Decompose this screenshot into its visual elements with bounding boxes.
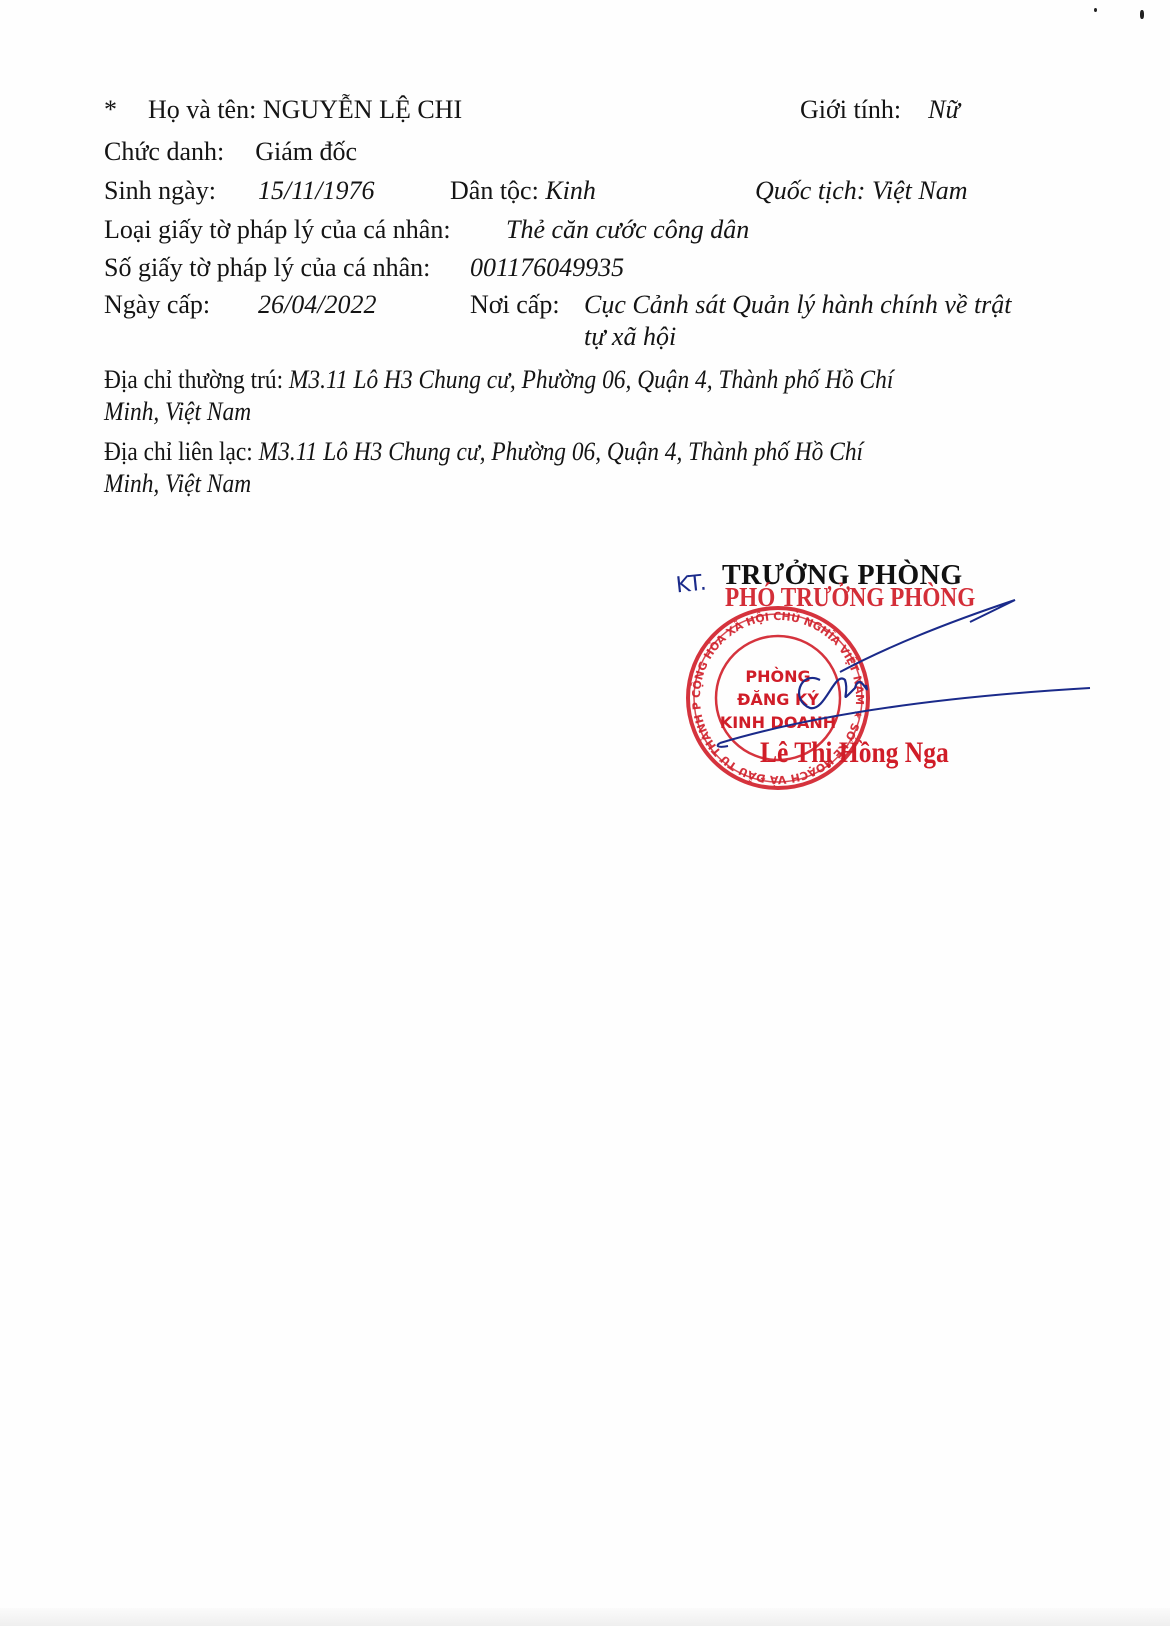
id-type-row: Loại giấy tờ pháp lý của cá nhân: (104, 214, 451, 246)
name-label: Họ và tên: (148, 95, 256, 124)
issue-place-value-line2: tự xã hội (584, 321, 676, 353)
gender-label: Giới tính: (800, 95, 901, 124)
svg-text:KINH DOANH: KINH DOANH (720, 713, 836, 732)
gender-value: Nữ (928, 95, 960, 124)
id-type-value: Thẻ căn cước công dân (506, 214, 749, 246)
scan-edge (0, 1608, 1170, 1626)
contact-address-label: Địa chỉ liên lạc: (104, 437, 253, 466)
name-row: * Họ và tên: NGUYỄN LỆ CHI (104, 94, 462, 126)
dob-label: Sinh ngày: (104, 176, 216, 205)
ethnicity-field: Dân tộc: Kinh (450, 175, 596, 207)
contact-address-row: Địa chỉ liên lạc: M3.11 Lô H3 Chung cư, … (104, 436, 863, 468)
stamped-title: PHÓ TRƯỞNG PHÒNG (725, 582, 975, 613)
job-title-value: Giám đốc (255, 137, 357, 166)
document-page: * Họ và tên: NGUYỄN LỆ CHI Giới tính: Nữ… (0, 0, 1170, 1626)
nationality-label: Quốc tịch: (755, 176, 865, 205)
scan-speck (1140, 10, 1144, 19)
nationality-field: Quốc tịch: Việt Nam (755, 175, 968, 207)
id-number-label: Số giấy tờ pháp lý của cá nhân: (104, 253, 430, 282)
name-value: NGUYỄN LỆ CHI (263, 95, 462, 124)
issue-date-value: 26/04/2022 (258, 289, 376, 321)
issue-date-row: Ngày cấp: (104, 289, 210, 321)
bullet: * (104, 95, 117, 124)
permanent-address-line2: Minh, Việt Nam (104, 396, 251, 428)
id-number-row: Số giấy tờ pháp lý của cá nhân: (104, 252, 430, 284)
signer-name: Lê Thị Hồng Nga (760, 736, 949, 770)
permanent-address-label: Địa chỉ thường trú: (104, 365, 283, 394)
job-title-row: Chức danh: Giám đốc (104, 136, 357, 168)
gender-field: Giới tính: Nữ (800, 94, 960, 126)
job-title-label: Chức danh: (104, 137, 224, 166)
contact-address-line1: M3.11 Lô H3 Chung cư, Phường 06, Quận 4,… (259, 437, 863, 466)
nationality-value: Việt Nam (872, 176, 968, 205)
issue-date-label: Ngày cấp: (104, 290, 210, 319)
permanent-address-line1: M3.11 Lô H3 Chung cư, Phường 06, Quận 4,… (289, 365, 893, 394)
permanent-address-row: Địa chỉ thường trú: M3.11 Lô H3 Chung cư… (104, 364, 893, 396)
ethnicity-value: Kinh (545, 176, 596, 205)
ethnicity-label: Dân tộc: (450, 176, 539, 205)
scan-speck (1094, 8, 1097, 12)
signature-block: KT. TRƯỞNG PHÒNG CỘNG HÒA XÃ HỘI CHỦ NGH… (670, 560, 1130, 800)
issue-place-value-line1: Cục Cảnh sát Quản lý hành chính về trật (584, 289, 1012, 321)
id-number-value: 001176049935 (470, 252, 624, 284)
id-type-label: Loại giấy tờ pháp lý của cá nhân: (104, 215, 451, 244)
dob-row: Sinh ngày: (104, 175, 216, 207)
issue-place-label: Nơi cấp: (470, 289, 560, 321)
dob-value: 15/11/1976 (258, 175, 375, 207)
contact-address-line2: Minh, Việt Nam (104, 468, 251, 500)
